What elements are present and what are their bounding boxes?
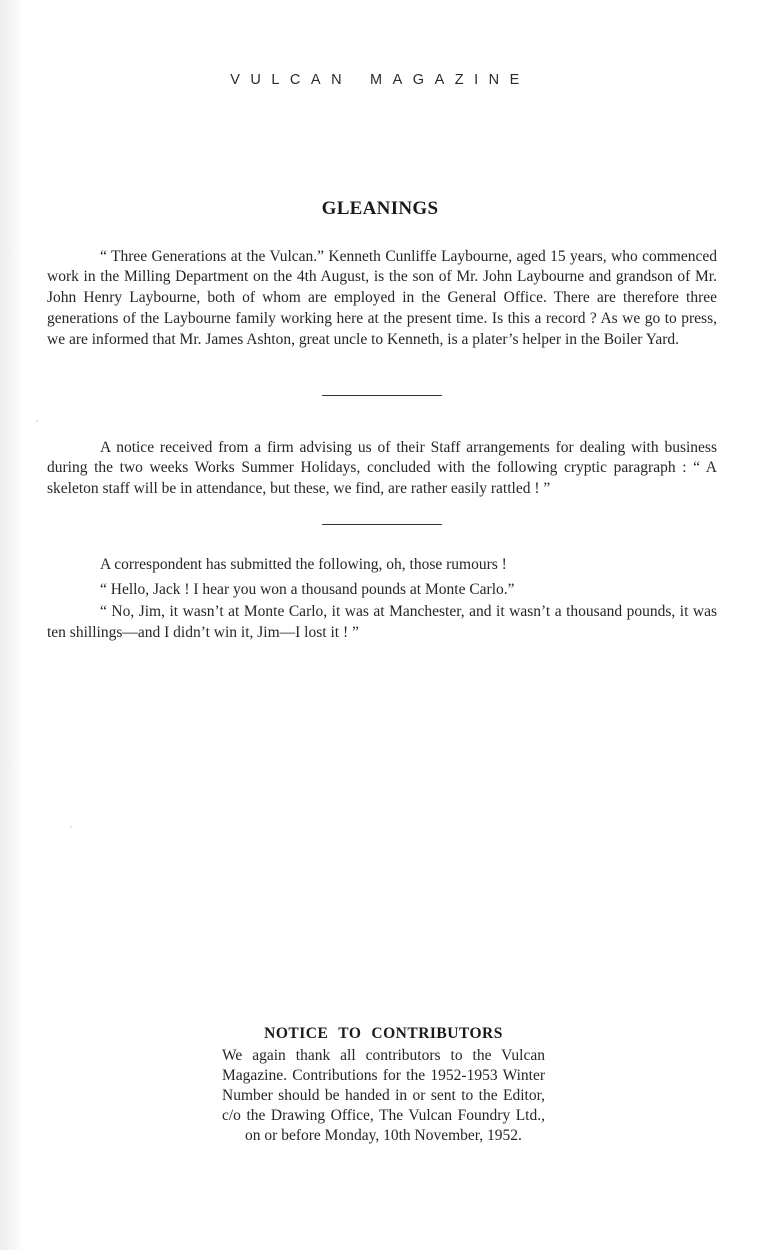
notice-title: NOTICETOCONTRIBUTORS	[222, 1025, 545, 1043]
paragraph-three-generations: “ Three Generations at the Vulcan.” Kenn…	[47, 247, 717, 351]
dialogue-line: “ No, Jim, it wasn’t at Monte Carlo, it …	[47, 602, 717, 644]
running-head-word: VULCAN	[230, 72, 352, 88]
paper-speck	[70, 826, 72, 828]
section-divider	[322, 524, 442, 525]
dialogue-intro: A correspondent has submitted the follow…	[47, 552, 717, 577]
running-head: VULCANMAGAZINE	[0, 72, 760, 88]
notice-title-word: TO	[338, 1025, 361, 1042]
section-divider	[322, 395, 442, 396]
notice-title-word: CONTRIBUTORS	[371, 1025, 502, 1042]
rumours-dialogue: A correspondent has submitted the follow…	[47, 552, 717, 644]
notice-title-word: NOTICE	[264, 1025, 328, 1042]
dialogue-line: “ Hello, Jack ! I hear you won a thousan…	[47, 577, 717, 602]
notice-body: We again thank all contributors to the V…	[222, 1046, 545, 1146]
notice-to-contributors: NOTICETOCONTRIBUTORS We again thank all …	[222, 1025, 545, 1146]
article-title: GLEANINGS	[0, 198, 760, 220]
paper-speck	[36, 420, 38, 422]
page-edge-shadow	[0, 0, 22, 1250]
running-head-word: MAGAZINE	[370, 72, 530, 88]
paragraph-skeleton-staff: A notice received from a firm advising u…	[47, 438, 717, 500]
